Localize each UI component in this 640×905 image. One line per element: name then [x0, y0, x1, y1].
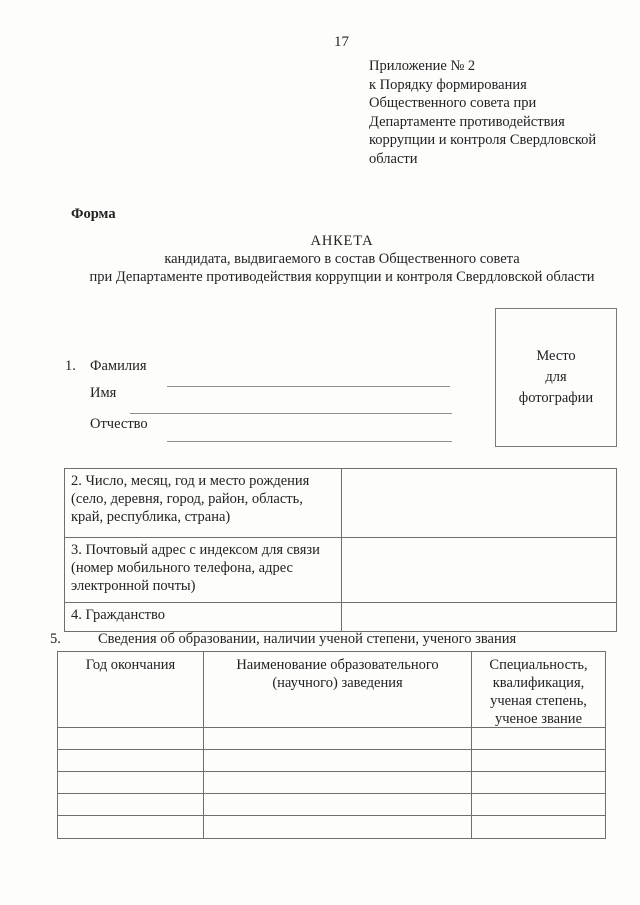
appendix-line: коррупции и контроля Свердловской	[369, 131, 596, 150]
item5-label: Сведения об образовании, наличии ученой …	[98, 631, 516, 647]
education-table-row	[58, 772, 605, 794]
education-table-cell	[204, 772, 472, 793]
education-table-header-row: Год окончания Наименование образовательн…	[58, 652, 605, 728]
form-label: Форма	[71, 205, 116, 223]
form-title: АНКЕТА	[66, 232, 618, 250]
education-table-cell	[204, 728, 472, 749]
education-header-year: Год окончания	[58, 652, 204, 728]
postal-address-value-cell	[341, 538, 616, 602]
info-table-row: 3. Почтовый адрес с индексом для связи (…	[65, 538, 616, 603]
education-table-cell	[58, 816, 204, 838]
education-table-cell	[58, 772, 204, 793]
education-table-cell	[472, 816, 605, 838]
appendix-line: Приложение № 2	[369, 57, 596, 76]
education-table-row	[58, 816, 605, 838]
info-table-row: 2. Число, месяц, год и место рождения (с…	[65, 469, 616, 538]
education-table-row	[58, 750, 605, 772]
info-table: 2. Число, месяц, год и место рождения (с…	[64, 468, 617, 632]
form-subtitle-2: при Департаменте противодействия коррупц…	[66, 268, 618, 286]
education-table-body	[58, 728, 605, 838]
education-table-cell	[472, 750, 605, 771]
appendix-block: Приложение № 2 к Порядку формирования Об…	[369, 57, 596, 169]
education-table-cell	[58, 728, 204, 749]
surname-fill-line	[167, 386, 450, 387]
appendix-line: Департаменте противодействия	[369, 113, 596, 132]
education-table-cell	[204, 750, 472, 771]
firstname-fill-line	[130, 413, 452, 414]
education-header-institution: Наименование образовательного (научного)…	[204, 652, 472, 728]
photo-box-line: фотографии	[519, 388, 593, 409]
education-table-cell	[58, 794, 204, 815]
education-table-cell	[472, 772, 605, 793]
item5-heading: 5.Сведения об образовании, наличии учено…	[50, 630, 516, 648]
item5-number: 5.	[50, 630, 98, 648]
photo-placeholder-box: Место для фотографии	[495, 308, 617, 447]
education-table-cell	[58, 750, 204, 771]
appendix-line: к Порядку формирования	[369, 76, 596, 95]
citizenship-label: 4. Гражданство	[65, 603, 341, 631]
education-table-row	[58, 794, 605, 816]
education-table-cell	[472, 728, 605, 749]
patronymic-fill-line	[167, 441, 452, 442]
item1-number: 1.	[65, 357, 76, 375]
info-table-row: 4. Гражданство	[65, 603, 616, 631]
title-block: АНКЕТА кандидата, выдвигаемого в состав …	[66, 232, 618, 287]
patronymic-label: Отчество	[90, 415, 148, 433]
birth-info-label: 2. Число, месяц, год и место рождения (с…	[65, 469, 341, 537]
postal-address-label: 3. Почтовый адрес с индексом для связи (…	[65, 538, 341, 602]
citizenship-value-cell	[341, 603, 616, 631]
education-table-cell	[472, 794, 605, 815]
form-subtitle-1: кандидата, выдвигаемого в состав Обществ…	[66, 250, 618, 268]
document-page: 17 Приложение № 2 к Порядку формирования…	[0, 0, 640, 905]
photo-box-line: Место	[536, 346, 575, 367]
education-table-row	[58, 728, 605, 750]
firstname-label: Имя	[90, 384, 116, 402]
education-header-speciality: Специальность, квалификация, ученая степ…	[472, 652, 605, 728]
page-number: 17	[334, 33, 349, 51]
surname-label: Фамилия	[90, 357, 147, 375]
appendix-line: области	[369, 150, 596, 169]
education-table: Год окончания Наименование образовательн…	[57, 651, 606, 839]
photo-box-line: для	[545, 367, 566, 388]
education-table-cell	[204, 816, 472, 838]
birth-info-value-cell	[341, 469, 616, 537]
education-table-cell	[204, 794, 472, 815]
appendix-line: Общественного совета при	[369, 94, 596, 113]
